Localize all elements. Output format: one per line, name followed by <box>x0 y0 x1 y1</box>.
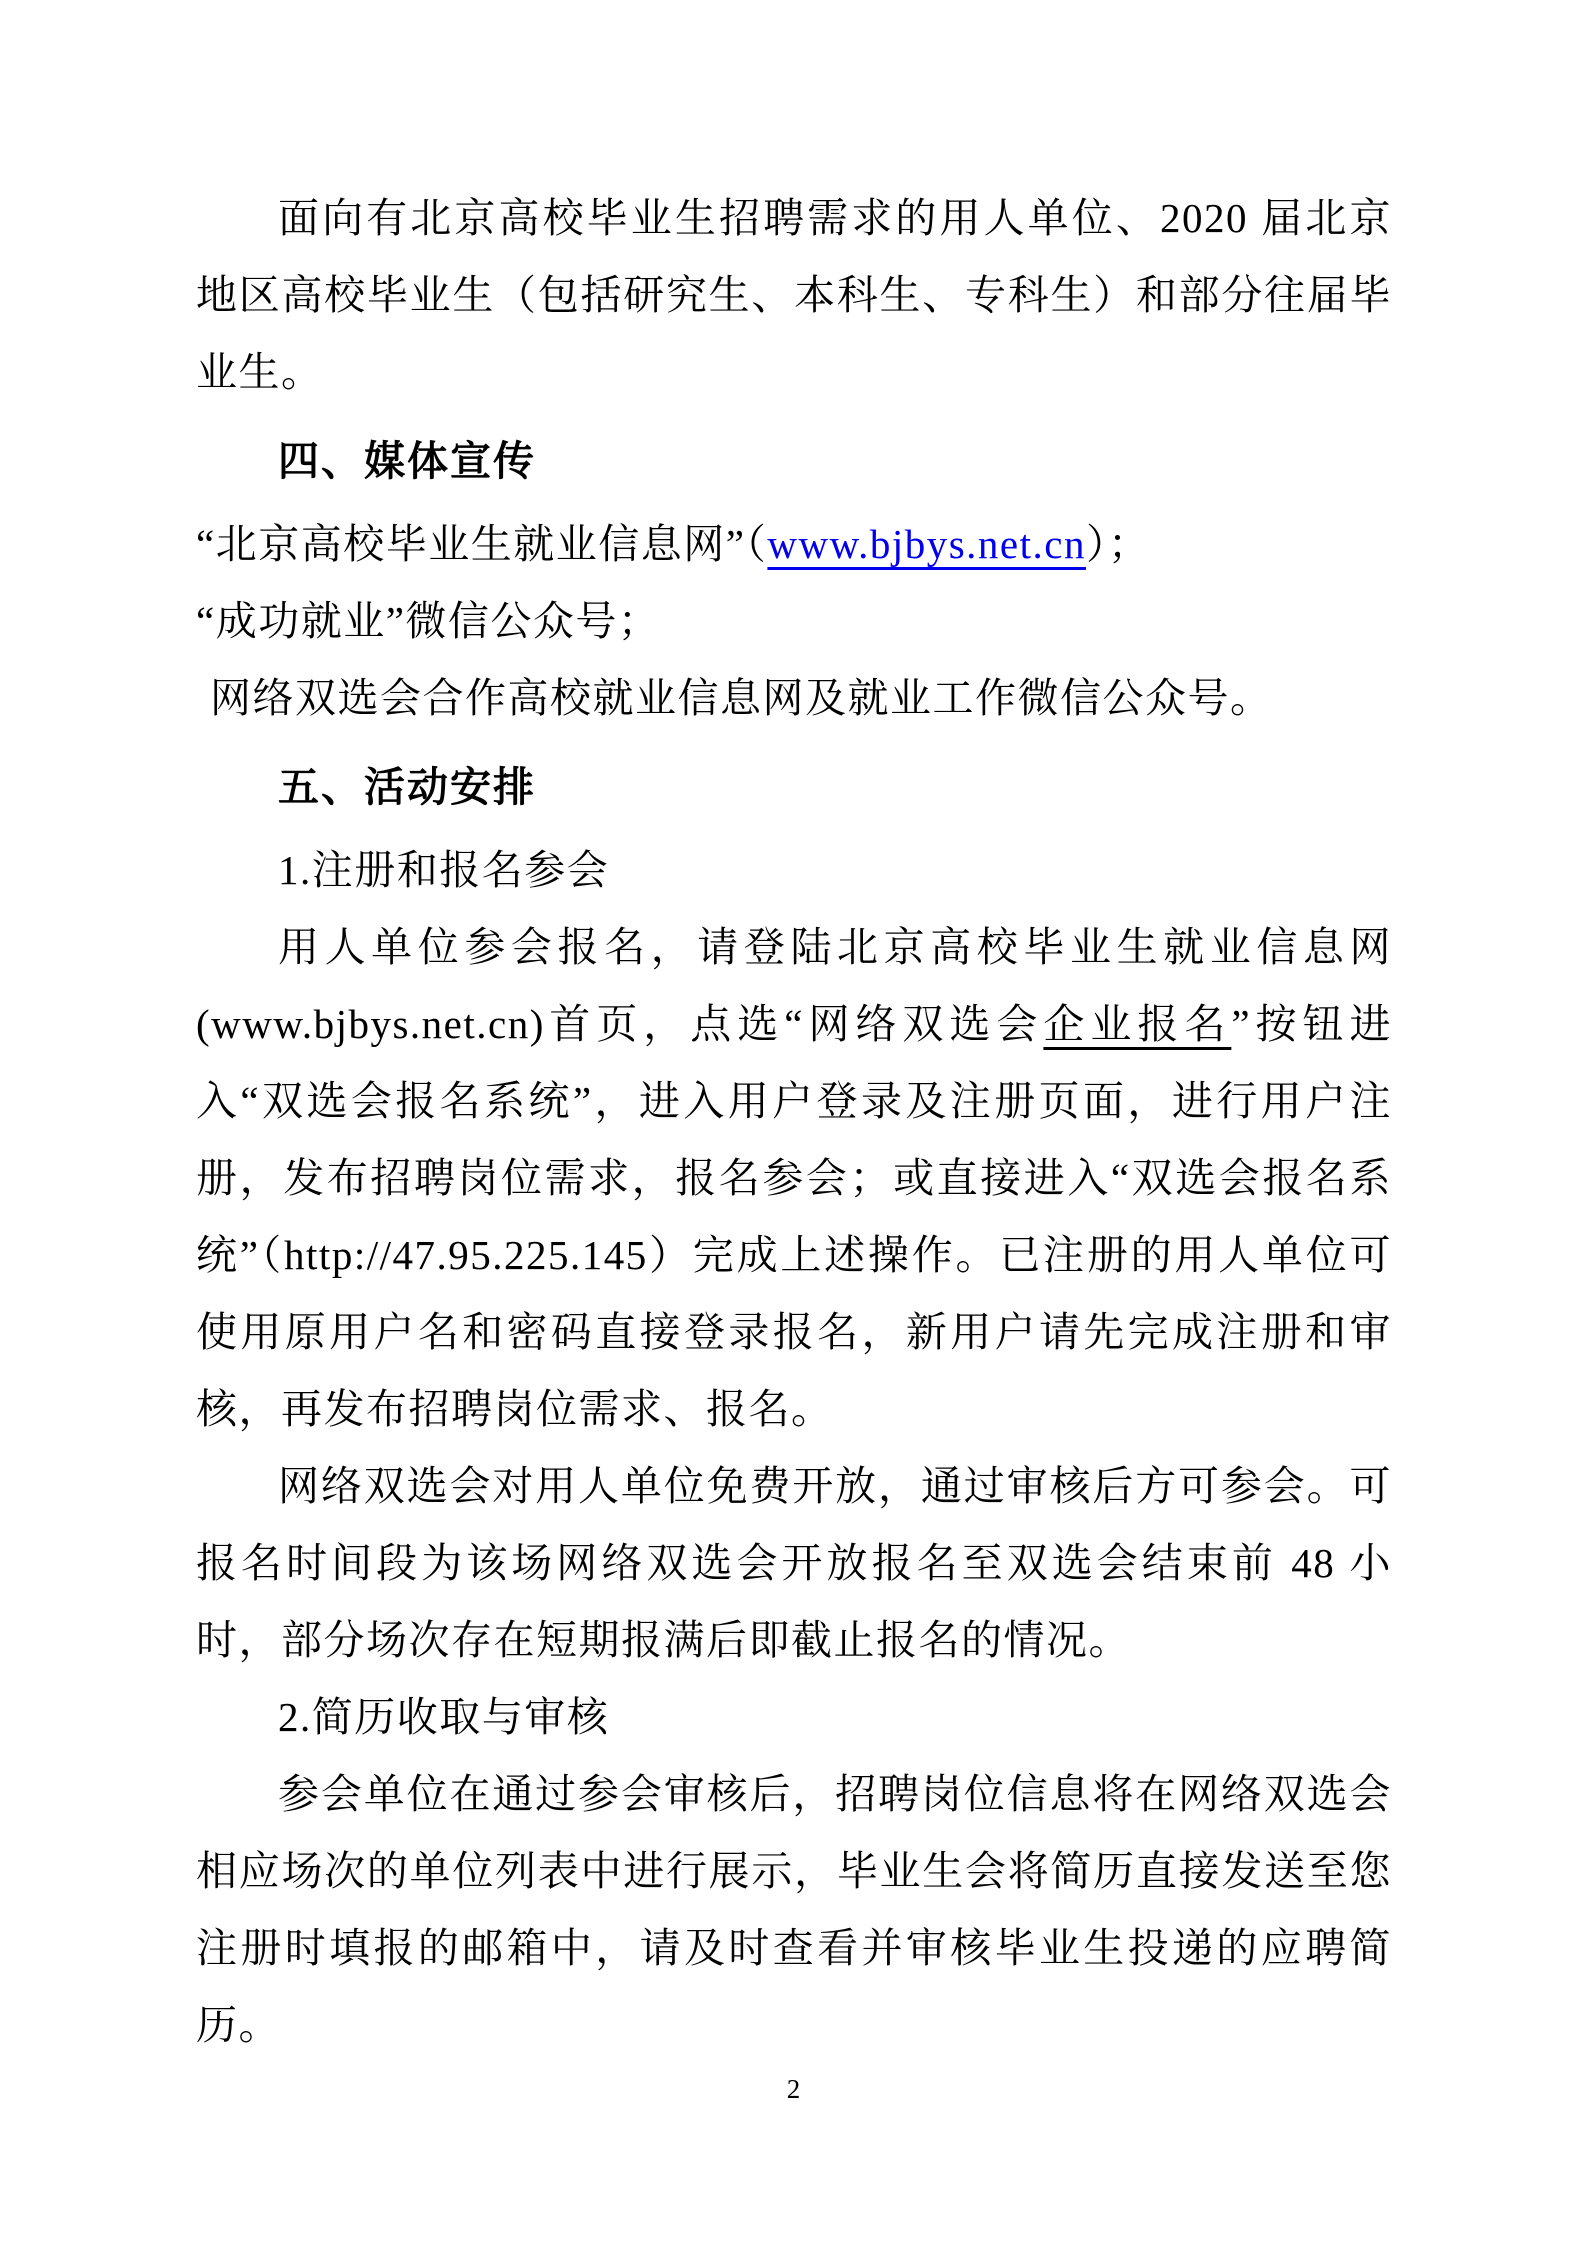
paragraph-media-wechat: “成功就业”微信公众号； <box>196 583 1392 660</box>
document-body: 面向有北京高校毕业生招聘需求的用人单位、2020 届北京地区高校毕业生（包括研究… <box>196 180 1392 2064</box>
register-text-part2: ”按钮进入“双选会报名系统”，进入用户登录及注册页面，进行用户注册，发布招聘岗位… <box>196 1001 1392 1432</box>
subheading-register: 1.注册和报名参会 <box>196 832 1392 909</box>
page-number: 2 <box>0 2072 1587 2106</box>
paragraph-media-site: “北京高校毕业生就业信息网”（www.bjbys.net.cn）； <box>196 506 1392 583</box>
paragraph-media-partner: 网络双选会合作高校就业信息网及就业工作微信公众号。 <box>196 660 1392 737</box>
paragraph-free-open: 网络双选会对用人单位免费开放，通过审核后方可参会。可报名时间段为该场网络双选会开… <box>196 1448 1392 1679</box>
paragraph-resume: 参会单位在通过参会审核后，招聘岗位信息将在网络双选会相应场次的单位列表中进行展示… <box>196 1756 1392 2064</box>
document-page: 面向有北京高校毕业生招聘需求的用人单位、2020 届北京地区高校毕业生（包括研究… <box>0 0 1587 2245</box>
media-site-prefix: “北京高校毕业生就业信息网”（ <box>196 521 767 567</box>
heading-media-publicity: 四、媒体宣传 <box>196 423 1392 500</box>
subheading-resume: 2.简历收取与审核 <box>196 1679 1392 1756</box>
register-underlined-phrase: 企业报名 <box>1043 1001 1231 1047</box>
paragraph-register: 用人单位参会报名，请登陆北京高校毕业生就业信息网(www.bjbys.net.c… <box>196 909 1392 1448</box>
paragraph-audience: 面向有北京高校毕业生招聘需求的用人单位、2020 届北京地区高校毕业生（包括研究… <box>196 180 1392 411</box>
bjbys-website-link[interactable]: www.bjbys.net.cn <box>767 521 1086 567</box>
media-site-suffix: ）； <box>1086 521 1151 567</box>
heading-activity-schedule: 五、活动安排 <box>196 749 1392 826</box>
